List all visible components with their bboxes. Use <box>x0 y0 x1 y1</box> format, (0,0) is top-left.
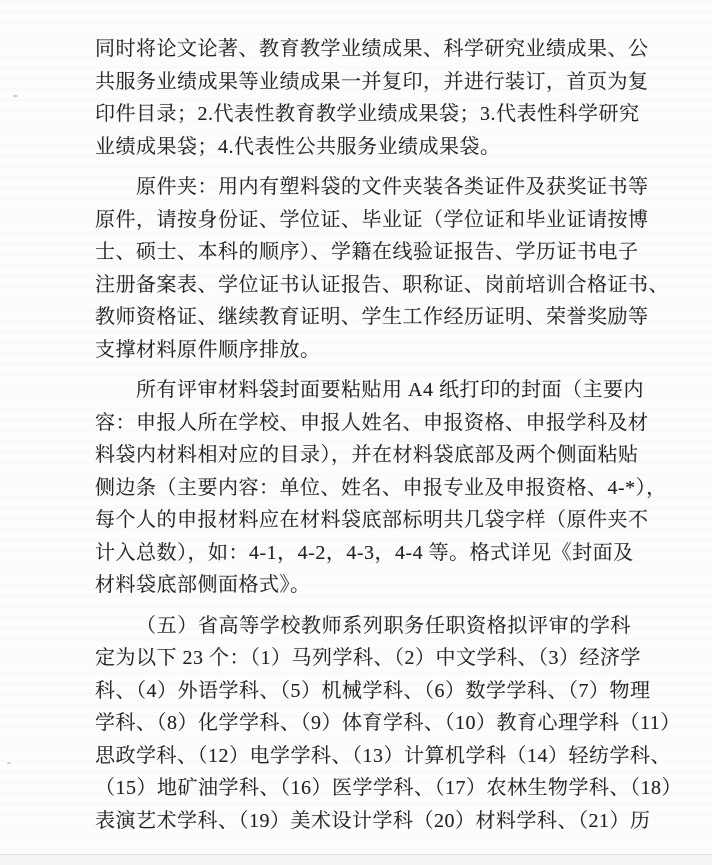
scan-artifact-speck <box>7 762 11 764</box>
paragraph: 所有评审材料袋封面要粘贴用 A4 纸打印的封面（主要内容：申报人所在学校、申报人… <box>95 374 631 602</box>
text-line: 定为以下 23 个：（1）马列学科、（2）中文学科、（3）经济学 <box>95 642 631 675</box>
page-bottom-edge <box>0 854 712 865</box>
text-line: 注册备案表、学位证书认证报告、职称证、岗前培训合格证书、 <box>95 269 631 302</box>
paragraph: 同时将论文论著、教育教学业绩成果、科学研究业绩成果、公共服务业绩成果等业绩成果一… <box>95 33 631 163</box>
text-line: 料袋内材料相对应的目录），并在材料袋底部及两个侧面粘贴 <box>95 439 631 472</box>
text-line: 支撑材料原件顺序排放。 <box>95 334 631 367</box>
text-line: 计入总数），如：4-1，4-2，4-3，4-4 等。格式详见《封面及 <box>95 537 631 570</box>
text-line: 原件夹：用内有塑料袋的文件夹装各类证件及获奖证书等 <box>95 171 631 204</box>
text-line: （五）省高等学校教师系列职务任职资格拟评审的学科 <box>95 610 631 643</box>
text-line: 表演艺术学科、（19）美术设计学科（20）材料学科、（21）历 <box>95 805 631 838</box>
text-line: 思政学科、（12）电学学科、（13）计算机学科（14）轻纺学科、 <box>95 740 631 773</box>
text-line: 教师资格证、继续教育证明、学生工作经历证明、荣誉奖励等 <box>95 301 631 334</box>
text-line: 印件目录；2.代表性教育教学业绩成果袋；3.代表性科学研究 <box>95 98 631 131</box>
text-line: 每个人的申报材料应在材料袋底部标明共几袋字样（原件夹不 <box>95 504 631 537</box>
paragraph: 原件夹：用内有塑料袋的文件夹装各类证件及获奖证书等原件，请按身份证、学位证、毕业… <box>95 171 631 366</box>
paragraph: （五）省高等学校教师系列职务任职资格拟评审的学科定为以下 23 个：（1）马列学… <box>95 610 631 838</box>
text-line: 所有评审材料袋封面要粘贴用 A4 纸打印的封面（主要内 <box>95 374 631 407</box>
text-line: 士、硕士、本科的顺序）、学籍在线验证报告、学历证书电子 <box>95 236 631 269</box>
text-line: 侧边条（主要内容：单位、姓名、申报专业及申报资格、4-*）， <box>95 472 631 505</box>
text-line: （15）地矿油学科、（16）医学学科、（17）农林生物学科、（18） <box>95 772 631 805</box>
text-line: 业绩成果袋；4.代表性公共服务业绩成果袋。 <box>95 131 631 164</box>
document-text: 同时将论文论著、教育教学业绩成果、科学研究业绩成果、公共服务业绩成果等业绩成果一… <box>95 33 631 837</box>
text-line: 材料袋底部侧面格式》。 <box>95 569 631 602</box>
text-line: 原件，请按身份证、学位证、毕业证（学位证和毕业证请按博 <box>95 204 631 237</box>
text-line: 容：申报人所在学校、申报人姓名、申报资格、申报学科及材 <box>95 407 631 440</box>
document-page: 同时将论文论著、教育教学业绩成果、科学研究业绩成果、公共服务业绩成果等业绩成果一… <box>0 0 712 865</box>
text-line: 学科、（8）化学学科、（9）体育学科、（10）教育心理学科（11） <box>95 707 631 740</box>
text-line: 共服务业绩成果等业绩成果一并复印，并进行装订，首页为复 <box>95 66 631 99</box>
scan-artifact-speck <box>13 95 18 97</box>
text-line: 科、（4）外语学科、（5）机械学科、（6）数学学科、（7）物理 <box>95 675 631 708</box>
text-line: 同时将论文论著、教育教学业绩成果、科学研究业绩成果、公 <box>95 33 631 66</box>
